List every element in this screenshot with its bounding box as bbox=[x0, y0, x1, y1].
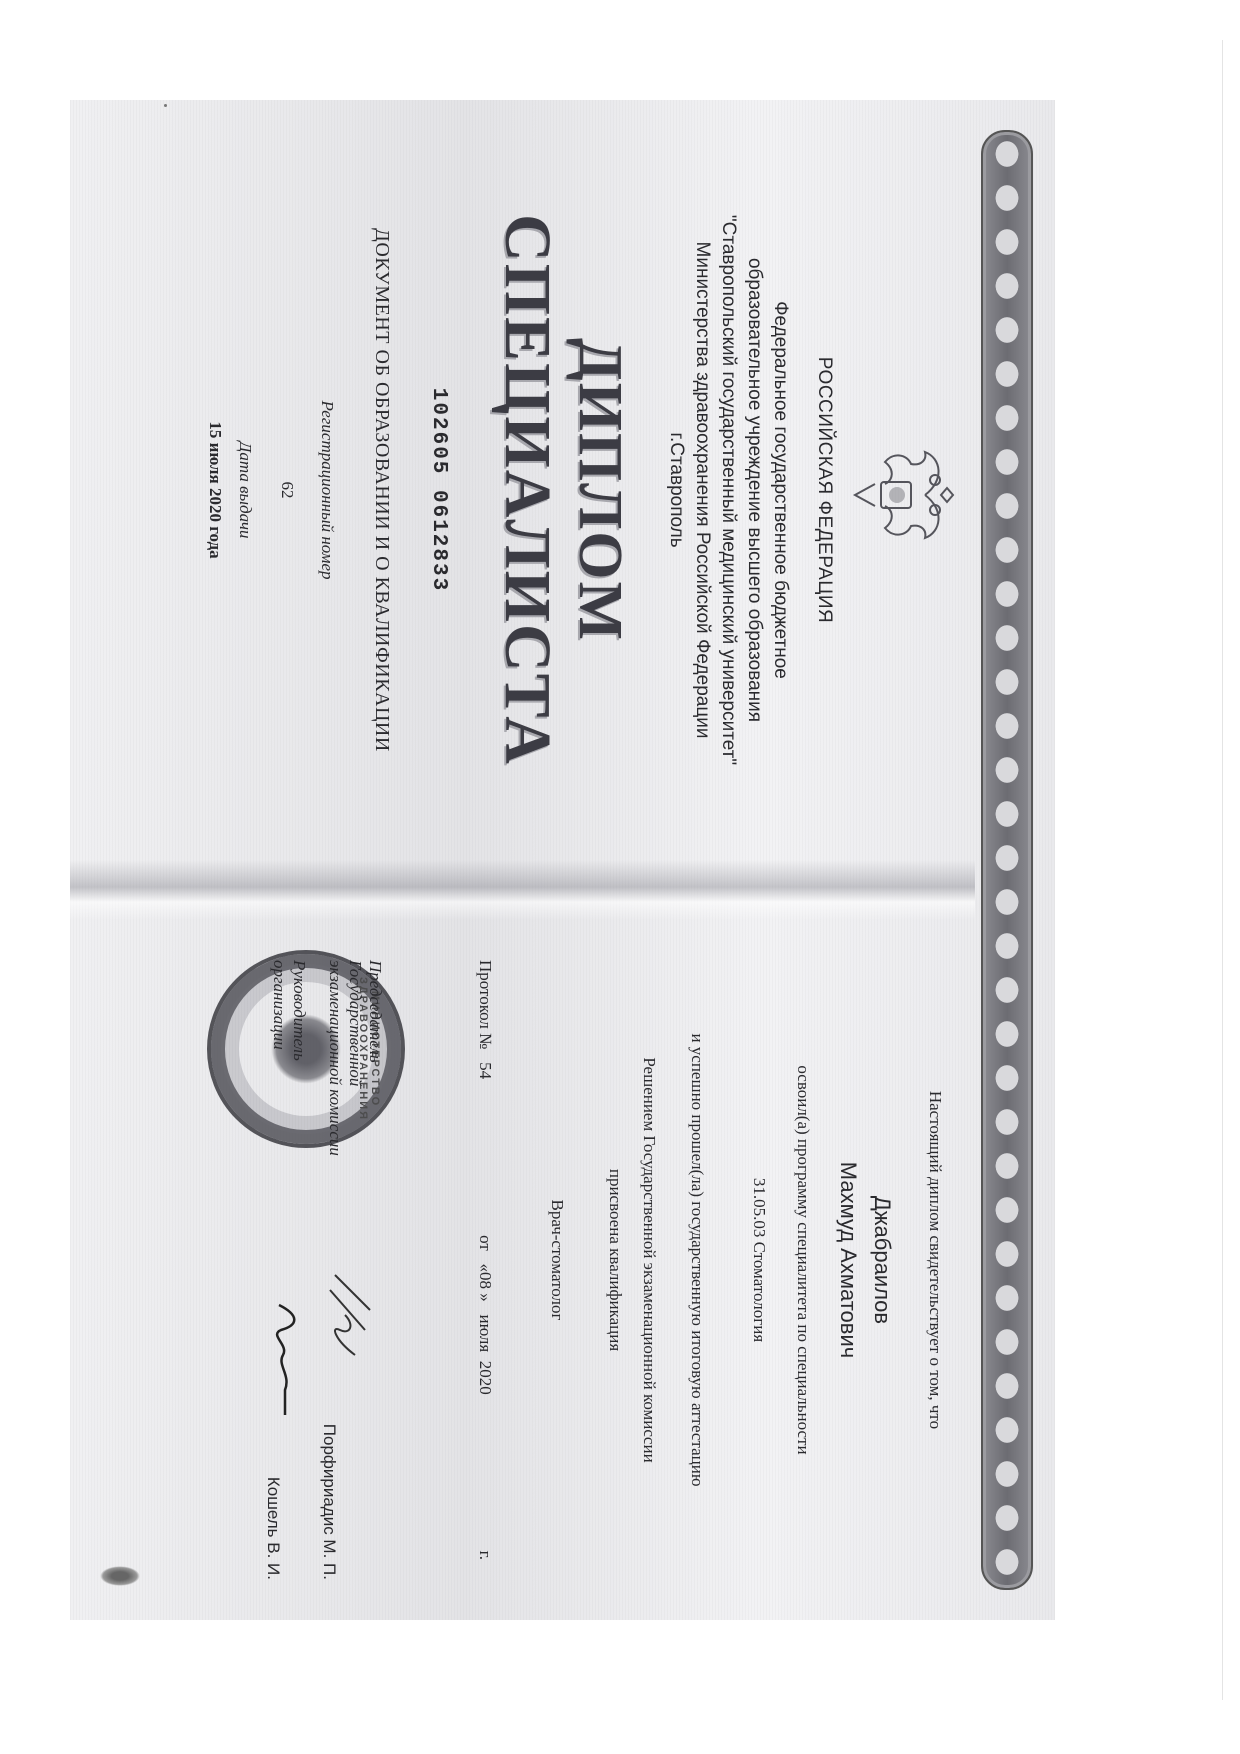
specialty: 31.05.03 Стоматология bbox=[749, 920, 769, 1600]
organization-name: Федеральное государственное бюджетное об… bbox=[663, 120, 793, 860]
commission-decision-line1: Решением Государственной экзаменационной… bbox=[639, 920, 659, 1600]
ornamental-border bbox=[981, 130, 1033, 1590]
signature-icon bbox=[265, 1300, 309, 1420]
protocol-date: от «08 » июля 2020 bbox=[475, 1235, 495, 1395]
protocol-from: от bbox=[476, 1235, 495, 1251]
document-type: ДОКУМЕНТ ОБ ОБРАЗОВАНИИ И О КВАЛИФИКАЦИИ bbox=[370, 120, 393, 860]
issue-date: 15 июля 2020 года bbox=[205, 120, 225, 860]
signatory-name: Кошель В. И. bbox=[263, 1477, 283, 1580]
right-page: Настоящий диплом свидетельствует о том, … bbox=[90, 920, 965, 1600]
signatory-head: Руководитель организации Кошель В. И. bbox=[263, 960, 309, 1580]
org-line: Министерства здравоохранения Российской … bbox=[689, 120, 715, 860]
ornament-crest-icon bbox=[100, 1566, 140, 1586]
qualification: Врач-стоматолог bbox=[547, 920, 567, 1600]
program-text: освоил(а) программу специалитета по спец… bbox=[793, 920, 813, 1600]
signatory-name: Порфириадис М. П. bbox=[319, 1424, 339, 1580]
org-line: образовательное учреждение высшего образ… bbox=[741, 120, 767, 860]
registration-number: 62 bbox=[277, 120, 297, 860]
scan-edge-line bbox=[1222, 40, 1223, 1700]
diploma-spread: РОССИЙСКАЯ ФЕДЕРАЦИЯ Федеральное государ… bbox=[70, 100, 1055, 1620]
org-line: "Ставропольский государственный медицинс… bbox=[715, 120, 741, 860]
protocol-label: Протокол № 54 bbox=[475, 960, 495, 1079]
org-line: г.Ставрополь bbox=[663, 120, 689, 860]
role-line: Руководитель bbox=[289, 960, 309, 1580]
issue-date-label: Дата выдачи bbox=[235, 120, 255, 860]
intro-text: Настоящий диплом свидетельствует о том, … bbox=[925, 920, 945, 1600]
diploma-subtitle: СПЕЦИАЛИСТА bbox=[489, 120, 565, 860]
signatory-chairman: Председатель Государственной экзаменацио… bbox=[319, 960, 385, 1580]
graduate-surname: Джабраилов bbox=[869, 920, 895, 1600]
country-name: РОССИЙСКАЯ ФЕДЕРАЦИЯ bbox=[813, 120, 835, 860]
registration-label: Регистрационный номер bbox=[317, 120, 337, 860]
signature-icon bbox=[325, 1270, 375, 1360]
protocol-year: 2020 bbox=[476, 1361, 495, 1395]
diploma-title: ДИПЛОМ bbox=[564, 120, 635, 860]
serial-number: 102605 0612833 bbox=[427, 120, 450, 860]
protocol-year-suffix: г. bbox=[475, 1551, 495, 1560]
attestation-text: и успешно прошел(ла) государственную ито… bbox=[687, 920, 707, 1600]
scan-speck bbox=[164, 104, 167, 107]
protocol-number: 54 bbox=[476, 1062, 495, 1079]
protocol-line: Протокол № 54 от «08 » июля 2020 г. bbox=[475, 960, 495, 1560]
coat-of-arms-icon bbox=[845, 440, 955, 550]
protocol-day: «08 » bbox=[476, 1264, 495, 1302]
fold-crease bbox=[70, 860, 975, 920]
protocol-label-text: Протокол № bbox=[476, 960, 495, 1049]
graduate-given-names: Махмуд Ахматович bbox=[835, 920, 861, 1600]
protocol-month: июля bbox=[476, 1315, 495, 1353]
commission-decision-line2: присвоена квалификация bbox=[605, 920, 625, 1600]
org-line: Федеральное государственное бюджетное bbox=[767, 120, 793, 860]
left-page: РОССИЙСКАЯ ФЕДЕРАЦИЯ Федеральное государ… bbox=[90, 120, 965, 860]
